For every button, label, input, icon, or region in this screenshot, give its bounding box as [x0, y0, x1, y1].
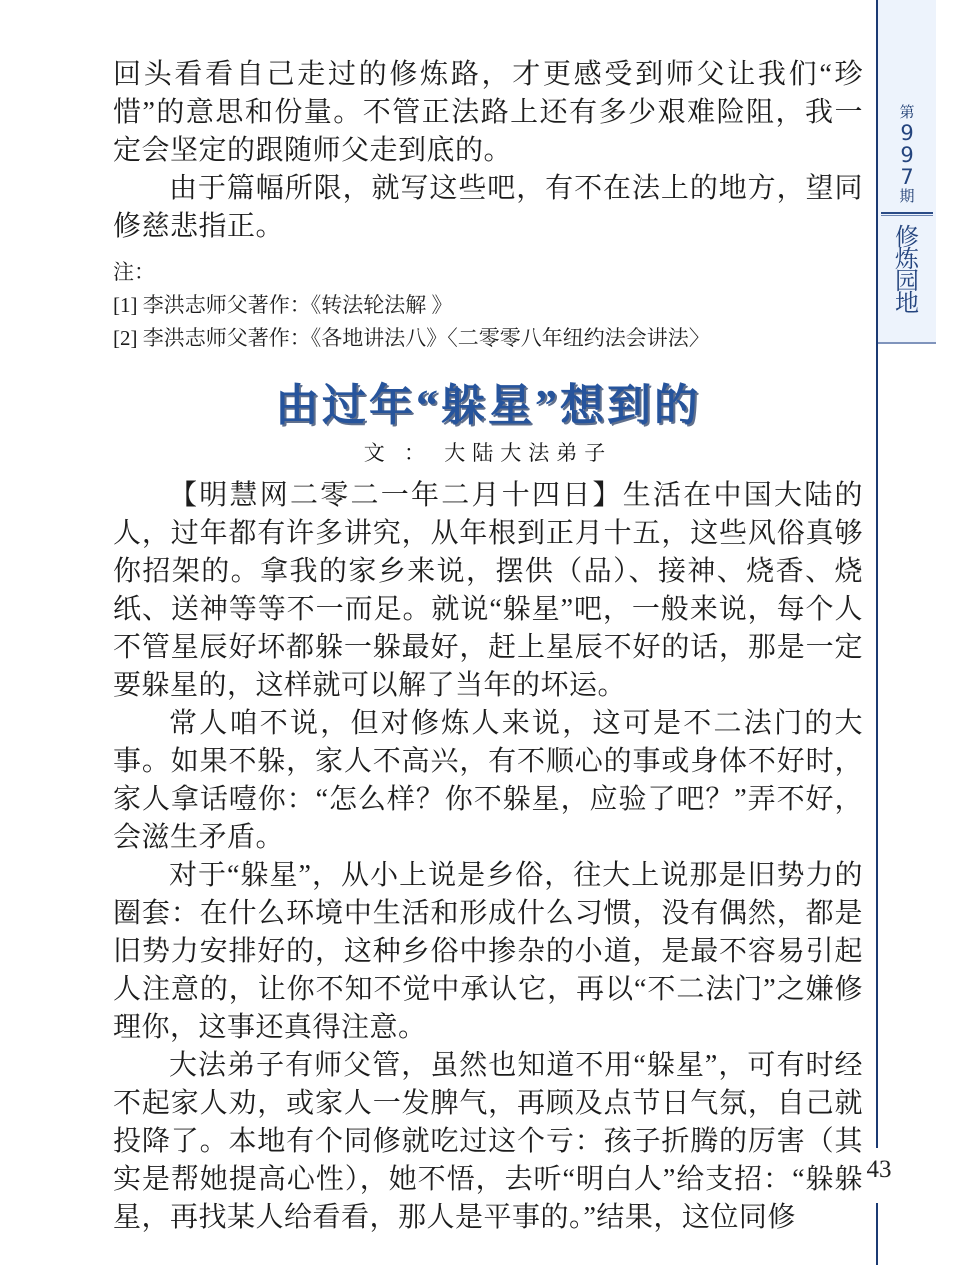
issue-prefix: 第	[878, 104, 936, 122]
page-number: 43	[862, 1156, 896, 1184]
issue-digit: 7	[878, 166, 936, 188]
footnote-item: [1] 李洪志师父著作：《转法轮法解 》	[113, 289, 863, 322]
section-char: 炼	[878, 249, 936, 271]
sidebar-vertical-rule-lower	[876, 1203, 878, 1265]
section-char: 修	[878, 227, 936, 249]
footnote-item: [2] 李洪志师父著作：《各地讲法八》〈二零零八年纽约法会讲法〉	[113, 322, 863, 355]
footnotes-label: 注：	[113, 256, 863, 289]
paragraph: 常人咱不说，但对修炼人来说，这可是不二法门的大事。如果不躲，家人不高兴，有不顺心…	[113, 705, 863, 857]
issue-digit: 9	[878, 122, 936, 144]
paragraph: 【明慧网二零二一年二月十四日】生活在中国大陆的人，过年都有许多讲究，从年根到正月…	[113, 477, 863, 705]
issue-suffix: 期	[878, 188, 936, 206]
text-column: 回头看看自己走过的修炼路，才更感受到师父让我们“珍惜”的意思和份量。不管正法路上…	[113, 56, 863, 1237]
issue-number: 第 9 9 7 期	[878, 0, 936, 206]
section-char: 园	[878, 271, 936, 293]
paragraph: 对于“躲星”，从小上说是乡俗，往大上说那是旧势力的圈套：在什么环境中生活和形成什…	[113, 857, 863, 1047]
article-body: 【明慧网二零二一年二月十四日】生活在中国大陆的人，过年都有许多讲究，从年根到正月…	[113, 477, 863, 1237]
footnotes: 注： [1] 李洪志师父著作：《转法轮法解 》 [2] 李洪志师父著作：《各地讲…	[113, 256, 863, 355]
sidebar-strip: 第 9 9 7 期 修 炼 园 地	[878, 0, 936, 344]
article-byline: 文 ： 大陆大法弟子	[113, 437, 863, 467]
section-label: 修 炼 园 地	[878, 227, 936, 315]
article-title: 由过年“躲星”想到的	[113, 381, 863, 431]
paragraph: 由于篇幅所限，就写这些吧，有不在法上的地方，望同修慈悲指正。	[113, 170, 863, 246]
issue-digit: 9	[878, 144, 936, 166]
magazine-page: 回头看看自己走过的修炼路，才更感受到师父让我们“珍惜”的意思和份量。不管正法路上…	[0, 0, 978, 1265]
paragraph: 大法弟子有师父管，虽然也知道不用“躲星”，可有时经不起家人劝，或家人一发脾气，再…	[113, 1047, 863, 1237]
strip-divider	[881, 212, 933, 216]
section-char: 地	[878, 293, 936, 315]
paragraph: 回头看看自己走过的修炼路，才更感受到师父让我们“珍惜”的意思和份量。不管正法路上…	[113, 56, 863, 170]
